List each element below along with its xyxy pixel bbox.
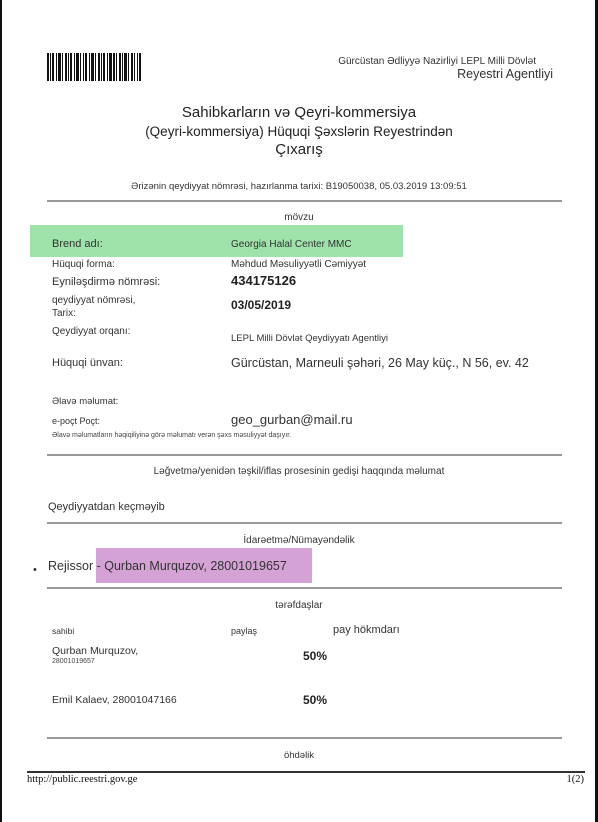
footer-divider — [27, 771, 585, 773]
reg-date-value: 03/05/2019 — [231, 298, 291, 312]
id-number-label: Eyniləşdirmə nömrəsi: — [52, 276, 160, 288]
legal-form-value: Məhdud Məsuliyyətli Cəmiyyət — [231, 259, 366, 270]
separator — [47, 587, 562, 589]
disclaimer-note: Əlavə məlumatların həqiqiliyinə görə məl… — [52, 432, 291, 439]
separator — [47, 522, 562, 524]
bullet-icon: • — [33, 564, 37, 576]
reg-number-label-line2: Tarix: — [52, 308, 76, 319]
application-info: Ərizənin qeydiyyat nömrəsi, hazırlanma t… — [0, 181, 598, 192]
partners-column-share: paylaş — [231, 626, 257, 636]
agency-name-line1: Gürcüstan Ədliyyə Nazirliyi LEPL Milli D… — [338, 56, 536, 67]
reg-authority-label: Qeydiyyat orqanı: — [52, 326, 130, 337]
email-label: e-poçt Poçt: — [52, 416, 100, 426]
reg-number-label-line1: qeydiyyat nömrəsi, — [52, 295, 135, 306]
legal-address-value: Gürcüstan, Marneuli şəhəri, 26 May küç.,… — [231, 356, 529, 370]
partners-column-owner: sahibi — [52, 626, 74, 636]
partner-share: 50% — [303, 693, 327, 707]
additional-info-label: Əlavə məlumat: — [52, 396, 118, 407]
section-title-partners: tərəfdaşlar — [0, 600, 598, 611]
partner-owner-name: Qurban Murquzov, — [52, 645, 138, 657]
document-title-line3: Çıxarış — [0, 141, 598, 158]
section-title-subject: mövzu — [0, 212, 598, 223]
document-title-line2: (Qeyri-kommersiya) Hüquqi Şəxslərin Reye… — [0, 124, 598, 139]
partner-owner-id: 28001019657 — [52, 658, 95, 665]
liquidation-status: Qeydiyyatdan keçməyib — [48, 501, 165, 513]
barcode-icon — [47, 53, 218, 81]
email-value: geo_gurban@mail.ru — [231, 412, 353, 427]
agency-name-line2: Reyestri Agentliyi — [457, 67, 553, 81]
partners-column-share-holder: pay hökmdarı — [333, 624, 400, 636]
footer-url[interactable]: http://public.reestri.gov.ge — [27, 774, 137, 785]
document-title-line1: Sahibkarların və Qeyri-kommersiya — [0, 104, 598, 121]
id-number-value: 434175126 — [231, 273, 296, 288]
partner-share: 50% — [303, 649, 327, 663]
separator — [47, 737, 562, 739]
section-title-obligation: öhdəlik — [0, 750, 598, 761]
separator — [47, 200, 562, 202]
page-number: 1(2) — [567, 774, 585, 785]
separator — [47, 454, 562, 456]
reg-authority-value: LEPL Milli Dövlət Qeydiyyatı Agentliyi — [231, 333, 388, 344]
partner-owner-name: Emil Kalaev, 28001047166 — [52, 694, 177, 706]
section-title-liquidation: Ləğvetmə/yenidən təşkil/iflas prosesinin… — [0, 466, 598, 477]
section-title-management: İdarəetmə/Nümayəndəlik — [0, 535, 598, 546]
management-item: Rejissor - Qurban Murquzov, 28001019657 — [48, 559, 287, 573]
legal-form-label: Hüquqi forma: — [52, 259, 115, 270]
legal-address-label: Hüquqi ünvan: — [52, 357, 123, 369]
brand-name-value: Georgia Halal Center MMC — [231, 239, 352, 250]
brand-name-label: Brend adı: — [52, 238, 103, 250]
